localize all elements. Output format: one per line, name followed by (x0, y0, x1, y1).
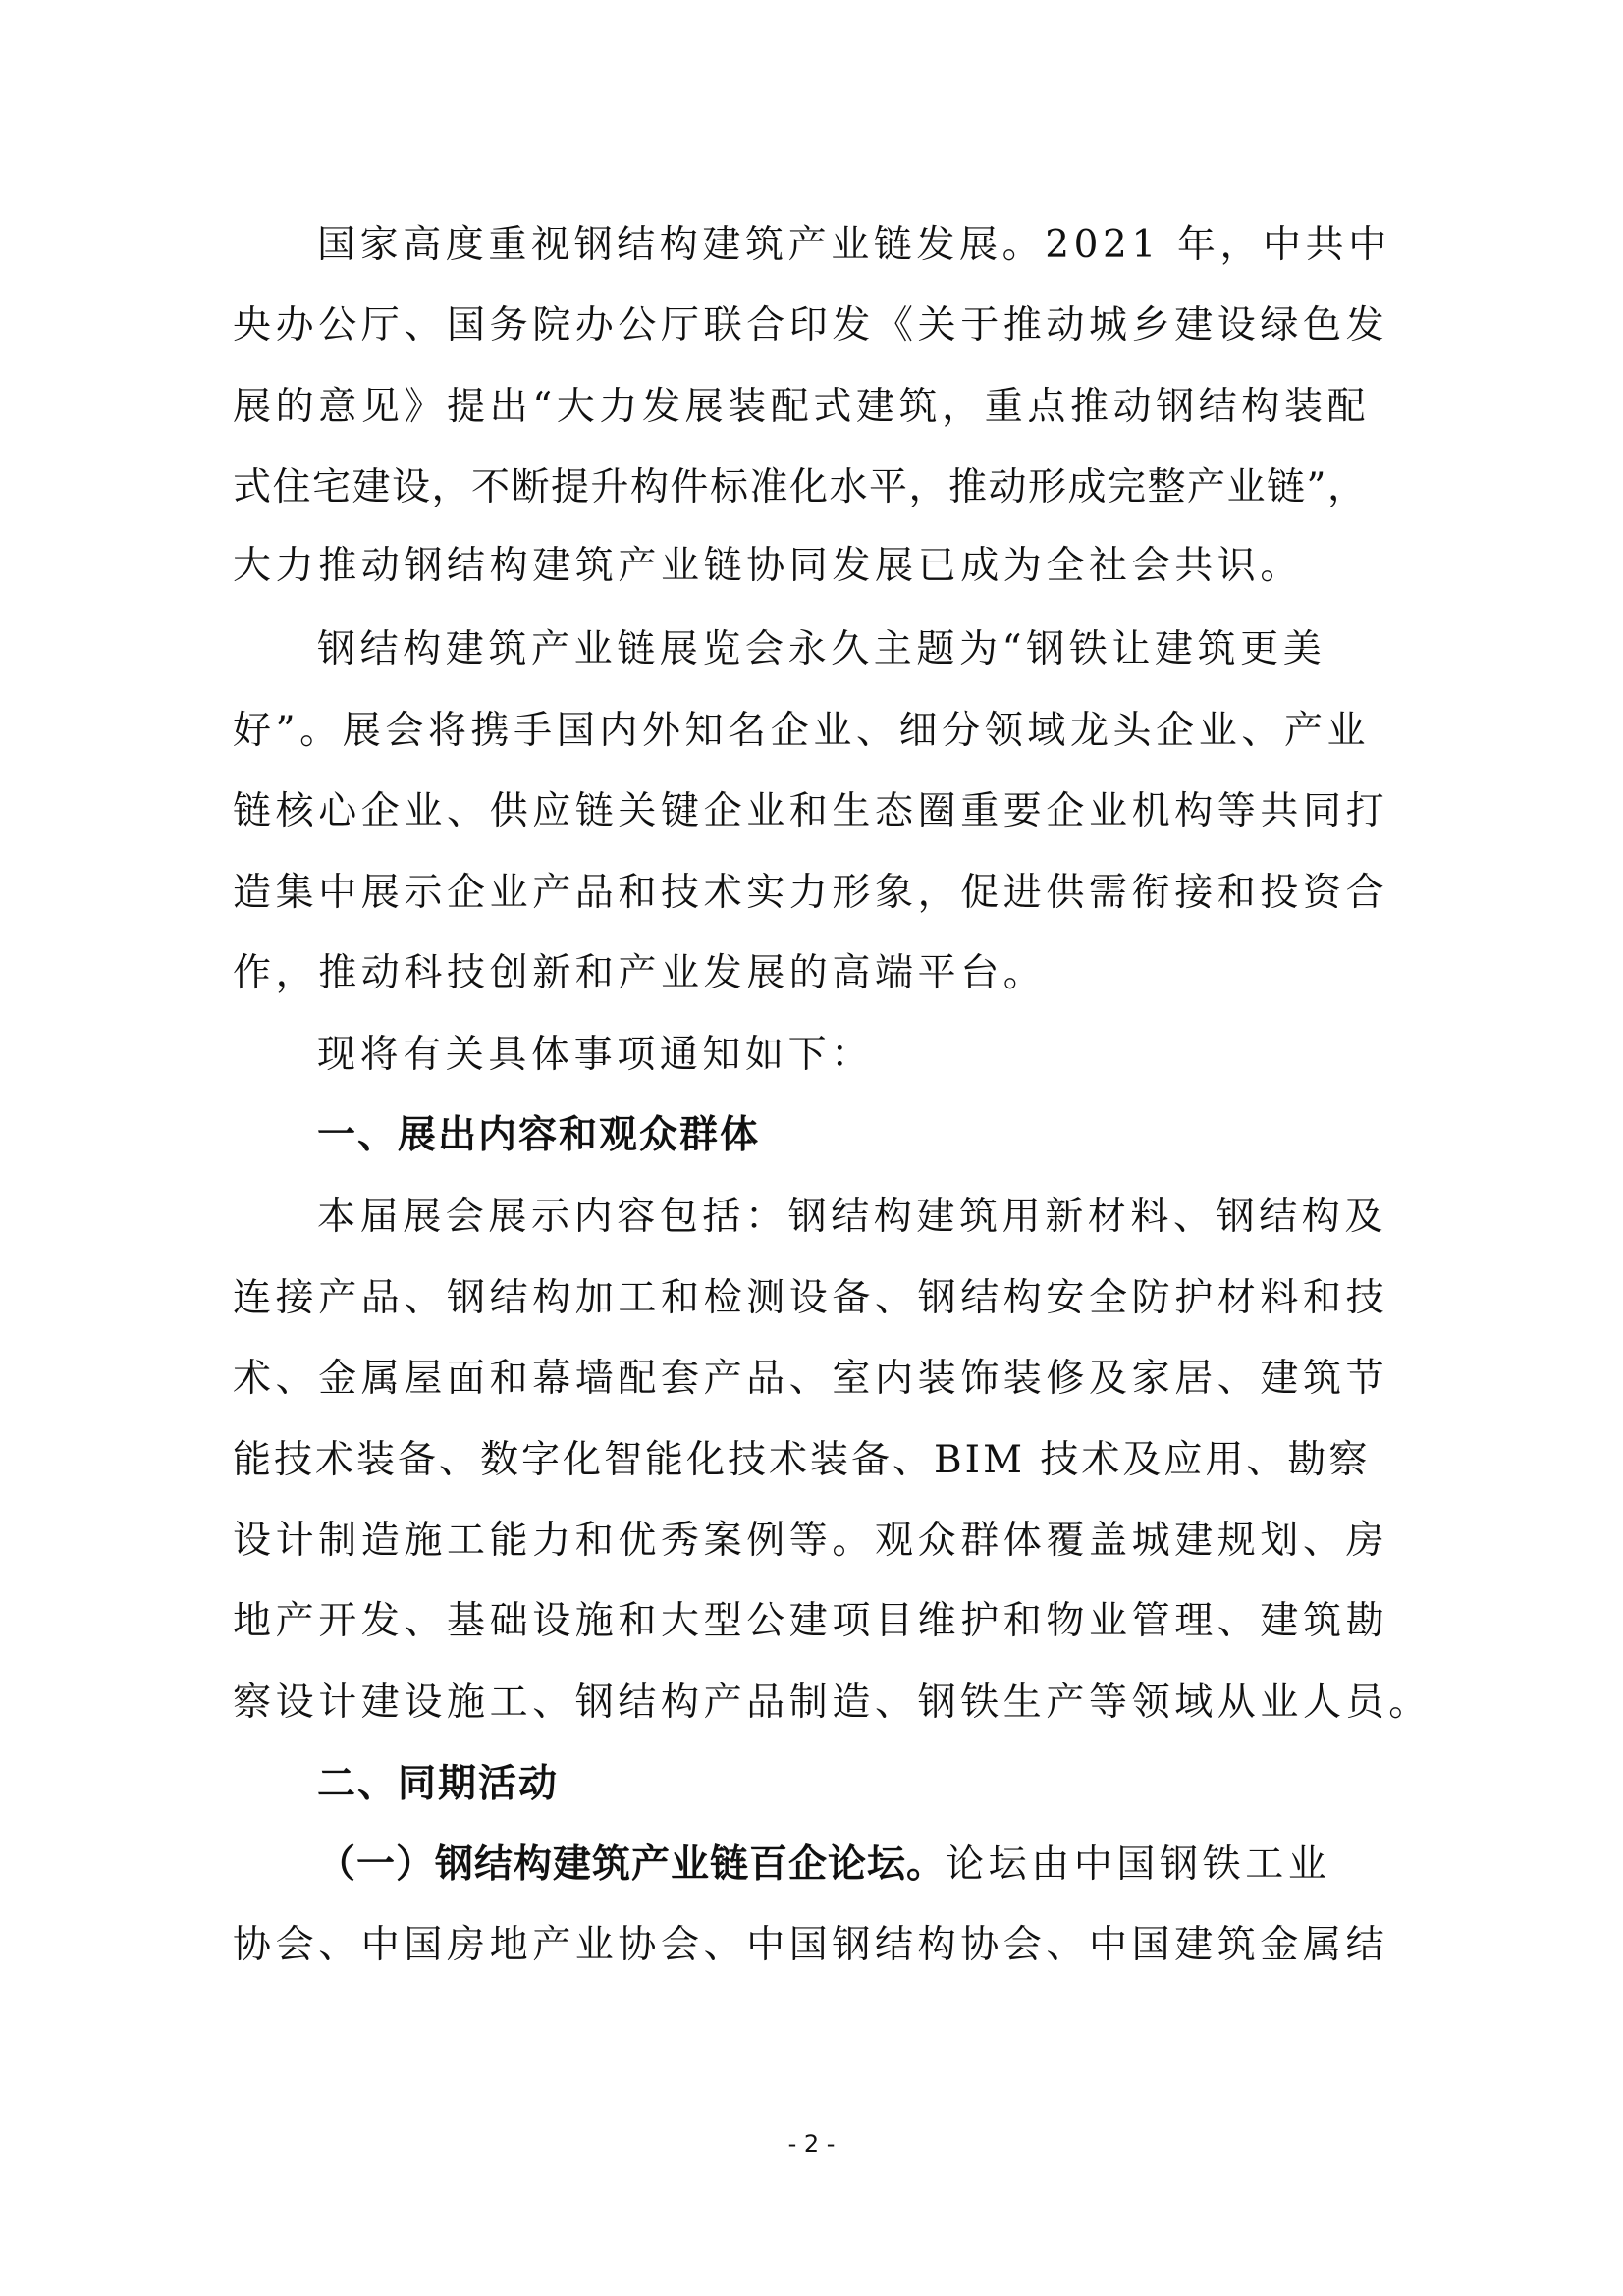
section-2-item-1-line-1: （一）钢结构建筑产业链百企论坛。论坛由中国钢铁工业 (317, 1836, 1330, 1895)
paragraph-1-line-4: 式住宅建设，不断提升构件标准化水平，推动形成完整产业链”， (233, 458, 1367, 517)
section-1-line-6: 地产开发、基础设施和大型公建项目维护和物业管理、建筑勘 (233, 1592, 1388, 1651)
paragraph-1-line-5: 大力推动钢结构建筑产业链协同发展已成为全社会共识。 (233, 537, 1303, 596)
section-1-line-4: 能技术装备、数字化智能化技术装备、BIM 技术及应用、勘察 (233, 1431, 1370, 1490)
section-1-line-2: 连接产品、钢结构加工和检测设备、钢结构安全防护材料和技 (233, 1269, 1388, 1328)
paragraph-1-line-2: 央办公厅、国务院办公厅联合印发《关于推动城乡建设绿色发 (233, 296, 1388, 355)
section-2-heading: 二、同期活动 (317, 1755, 559, 1814)
paragraph-2-line-5: 作，推动科技创新和产业发展的高端平台。 (233, 944, 1046, 1003)
section-2-item-1-text: 论坛由中国钢铁工业 (946, 1842, 1330, 1887)
paragraph-2-line-3: 链核心企业、供应链关键企业和生态圈重要企业机构等共同打 (233, 782, 1388, 841)
paragraph-2-line-1: 钢结构建筑产业链展览会永久主题为“钢铁让建筑更美 (317, 620, 1325, 679)
section-1-line-7: 察设计建设施工、钢结构产品制造、钢铁生产等领域从业人员。 (233, 1674, 1432, 1733)
section-2-item-1-title: （一）钢结构建筑产业链百企论坛。 (317, 1842, 946, 1887)
paragraph-2-line-4: 造集中展示企业产品和技术实力形象，促进供需衔接和投资合 (233, 864, 1388, 923)
paragraph-3-line-1: 现将有关具体事项通知如下： (317, 1026, 874, 1085)
paragraph-1-line-3: 展的意见》提出“大力发展装配式建筑，重点推动钢结构装配 (233, 378, 1370, 437)
page-number: - 2 - (0, 2130, 1623, 2158)
section-1-line-3: 术、金属屋面和幕墙配套产品、室内装饰装修及家居、建筑节 (233, 1350, 1388, 1409)
paragraph-2-line-2: 好”。展会将携手国内外知名企业、细分领域龙头企业、产业 (233, 702, 1370, 761)
section-1-heading: 一、展出内容和观众群体 (317, 1106, 760, 1165)
section-1-line-1: 本届展会展示内容包括：钢结构建筑用新材料、钢结构及 (317, 1188, 1387, 1247)
section-2-item-1-line-2: 协会、中国房地产业协会、中国钢结构协会、中国建筑金属结 (233, 1916, 1388, 1975)
paragraph-1-line-1: 国家高度重视钢结构建筑产业链发展。2021 年，中共中 (317, 216, 1391, 275)
section-1-line-5: 设计制造施工能力和优秀案例等。观众群体覆盖城建规划、房 (233, 1512, 1388, 1571)
